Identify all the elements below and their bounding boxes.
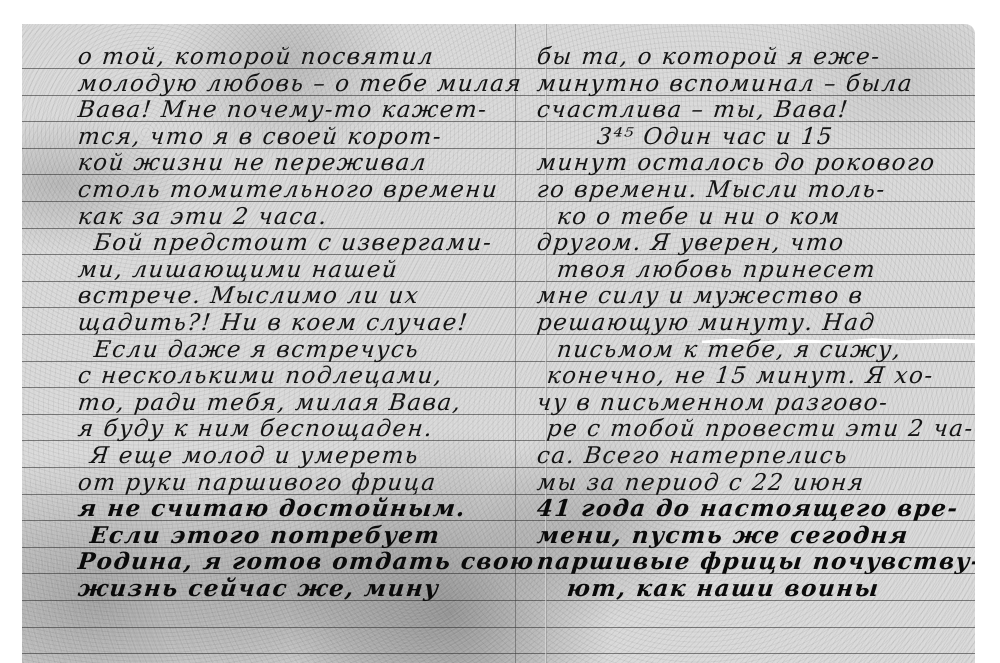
handwritten-line: решающую минуту. Над: [536, 310, 877, 336]
letter-paper: о той, которой посвятилмолодую любовь – …: [22, 24, 975, 663]
handwritten-line: о той, которой посвятил: [77, 44, 436, 70]
handwritten-line: ко о тебе и ни о ком: [556, 204, 842, 230]
handwritten-line: встрече. Мыслимо ли их: [77, 283, 421, 309]
handwritten-line: Бой предстоит с извергами-: [93, 230, 494, 256]
handwritten-line: счастлива – ты, Вава!: [536, 97, 851, 123]
handwritten-line: с несколькими подлецами,: [77, 363, 445, 389]
handwritten-line: кой жизни не переживал: [77, 150, 429, 176]
handwritten-line: Если этого потребует: [89, 523, 442, 549]
handwritten-line: Вава! Мне почему-то кажет-: [77, 97, 489, 123]
handwritten-line: я буду к ним беспощаден.: [77, 416, 435, 442]
handwritten-line: ют, как наши воины: [566, 576, 881, 602]
handwritten-line: чу в письменном разгово-: [536, 390, 890, 416]
handwritten-line: тся, что я в своей корот-: [77, 124, 444, 150]
handwritten-line: 3⁴⁵ Один час и 15: [596, 124, 835, 150]
handwritten-line: молодую любовь – о тебе милая: [77, 71, 524, 97]
handwritten-line: твоя любовь принесет: [556, 257, 878, 283]
handwritten-line: мы за период с 22 июня: [536, 470, 866, 496]
handwritten-line: Если даже я встречусь: [93, 337, 421, 363]
handwritten-line: другом. Я уверен, что: [536, 230, 846, 256]
handwritten-line: ми, лишающими нашей: [77, 257, 400, 283]
handwritten-line: ре с тобой провести эти 2 ча-: [546, 416, 975, 442]
handwritten-line: щадить?! Ни в коем случае!: [77, 310, 470, 336]
handwritten-line: минутно вспоминал – была: [536, 71, 915, 97]
handwritten-line: минут осталось до рокового: [536, 150, 937, 176]
handwritten-line: письмом к тебе, я сижу,: [556, 337, 903, 363]
handwritten-line: са. Всего натерпелись: [536, 443, 850, 469]
handwritten-line: Родина, я готов отдать свою: [77, 549, 536, 575]
handwritten-line: Я еще молод и умереть: [89, 443, 421, 469]
handwritten-line: бы та, о которой я еже-: [536, 44, 882, 70]
handwritten-line: конечно, не 15 минут. Я хо-: [546, 363, 935, 389]
handwritten-line: от руки паршивого фрица: [77, 470, 438, 496]
handwritten-line: как за эти 2 часа.: [77, 204, 329, 230]
rule-line: [22, 653, 975, 654]
rule-line: [22, 627, 975, 628]
handwritten-line: мне силу и мужество в: [536, 283, 865, 309]
handwritten-line: мени, пусть же сегодня: [536, 523, 910, 549]
handwritten-line: столь томительного времени: [77, 177, 500, 203]
handwritten-line: паршивые фрицы почувству-: [536, 549, 975, 575]
handwritten-line: жизнь сейчас же, мину: [77, 576, 441, 602]
handwritten-line: 41 года до настоящего вре-: [536, 496, 960, 522]
handwritten-line: я не считаю достойным.: [77, 496, 468, 522]
handwritten-line: то, ради тебя, милая Вава,: [77, 390, 463, 416]
handwritten-line: го времени. Мысли толь-: [536, 177, 888, 203]
